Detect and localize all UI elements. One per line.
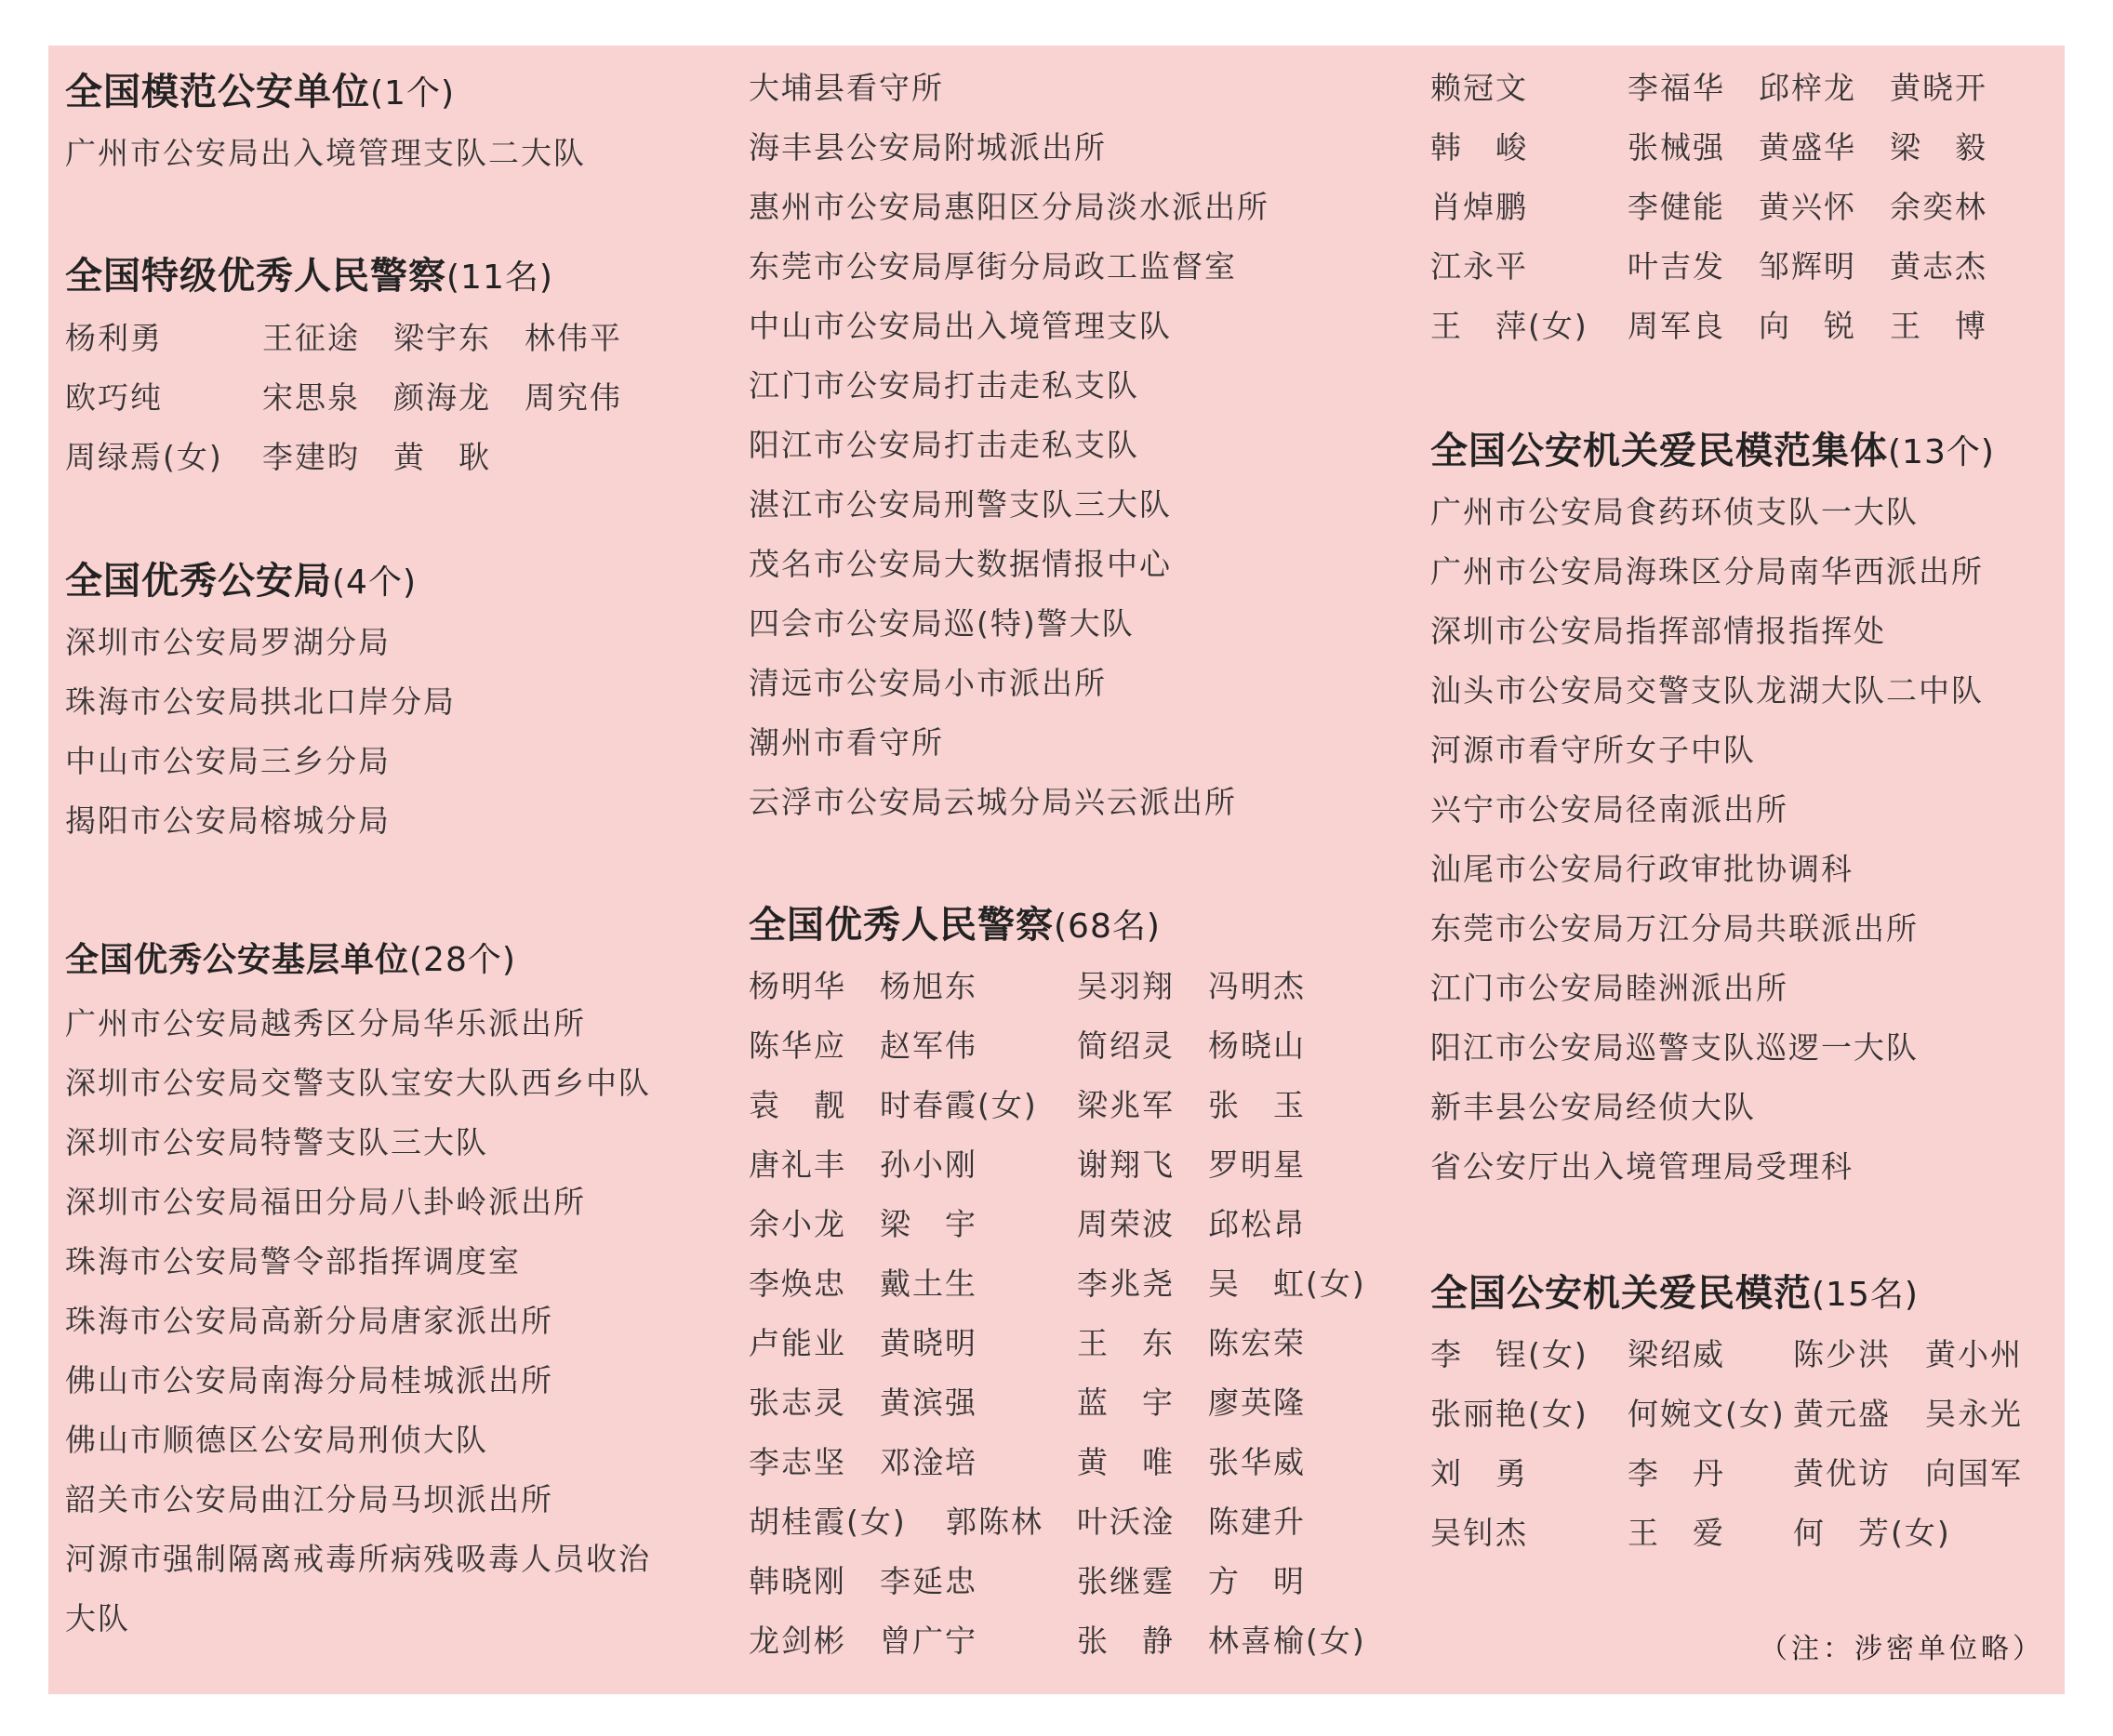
section-heading-model-collective: 全国公安机关爱民模范集体(13个) <box>1430 429 1995 475</box>
list-item: 湛江市公安局刑警支队三大队 <box>749 484 1172 525</box>
list-item: 深圳市公安局指挥部情报指挥处 <box>1430 611 1886 652</box>
list-item: 潮州市看守所 <box>749 722 944 763</box>
list-item: 广州市公安局出入境管理支队二大队 <box>65 133 586 174</box>
list-item: 茂名市公安局大数据情报中心 <box>749 544 1172 585</box>
list-item: 大队 <box>65 1598 130 1639</box>
award-list-panel: 全国模范公安单位(1个) 广州市公安局出入境管理支队二大队 全国特级优秀人民警察… <box>48 46 2065 1694</box>
list-item: 江门市公安局睦洲派出所 <box>1430 968 1788 1009</box>
section-heading-special-police: 全国特级优秀人民警察(11名) <box>65 254 553 300</box>
list-item: 清远市公安局小市派出所 <box>749 663 1107 704</box>
list-item: 新丰县公安局经侦大队 <box>1430 1087 1756 1128</box>
list-item: 深圳市公安局罗湖分局 <box>65 622 391 663</box>
list-item: 河源市强制隔离戒毒所病残吸毒人员收治 <box>65 1539 651 1580</box>
list-item: 深圳市公安局交警支队宝安大队西乡中队 <box>65 1063 651 1104</box>
list-item: 广州市公安局海珠区分局南华西派出所 <box>1430 551 1984 592</box>
list-item: 中山市公安局出入境管理支队 <box>749 306 1172 347</box>
section-heading-excellent-police: 全国优秀人民警察(68名) <box>749 903 1161 949</box>
list-item: 云浮市公安局云城分局兴云派出所 <box>749 782 1237 823</box>
list-item: 大埔县看守所 <box>749 68 944 109</box>
list-item: 东莞市公安局万江分局共联派出所 <box>1430 908 1919 949</box>
list-item: 珠海市公安局警令部指挥调度室 <box>65 1241 521 1282</box>
list-item: 佛山市公安局南海分局桂城派出所 <box>65 1360 553 1401</box>
list-item: 兴宁市公安局径南派出所 <box>1430 789 1788 830</box>
list-item: 河源市看守所女子中队 <box>1430 730 1756 771</box>
list-item: 深圳市公安局特警支队三大队 <box>65 1122 488 1163</box>
section-heading-model-individual: 全国公安机关爱民模范(15名) <box>1430 1271 1919 1318</box>
section-heading-model-unit: 全国模范公安单位(1个) <box>65 70 455 116</box>
list-item: 揭阳市公安局榕城分局 <box>65 801 391 841</box>
list-item: 惠州市公安局惠阳区分局淡水派出所 <box>749 187 1269 228</box>
list-item: 珠海市公安局拱北口岸分局 <box>65 682 456 722</box>
list-item: 阳江市公安局巡警支队巡逻一大队 <box>1430 1027 1919 1068</box>
section-heading-excellent-bureau: 全国优秀公安局(4个) <box>65 559 417 605</box>
list-item: 广州市公安局越秀区分局华乐派出所 <box>65 1003 586 1044</box>
list-item: 韶关市公安局曲江分局马坝派出所 <box>65 1479 553 1520</box>
list-item: 四会市公安局巡(特)警大队 <box>749 603 1135 644</box>
list-item: 海丰县公安局附城派出所 <box>749 127 1107 168</box>
list-item: 阳江市公安局打击走私支队 <box>749 425 1139 466</box>
list-item: 珠海市公安局高新分局唐家派出所 <box>65 1301 553 1342</box>
list-item: 中山市公安局三乡分局 <box>65 741 391 782</box>
list-item: 深圳市公安局福田分局八卦岭派出所 <box>65 1182 586 1223</box>
list-item: 汕尾市公安局行政审批协调科 <box>1430 849 1854 890</box>
section-heading-grassroots-units: 全国优秀公安基层单位(28个) <box>65 938 516 983</box>
list-item: 省公安厅出入境管理局受理科 <box>1430 1146 1854 1187</box>
footnote: （注：涉密单位略） <box>1760 1625 2044 1666</box>
list-item: 江门市公安局打击走私支队 <box>749 365 1139 406</box>
list-item: 广州市公安局食药环侦支队一大队 <box>1430 492 1919 533</box>
list-item: 汕头市公安局交警支队龙湖大队二中队 <box>1430 670 1984 711</box>
list-item: 佛山市顺德区公安局刑侦大队 <box>65 1420 488 1461</box>
list-item: 东莞市公安局厚街分局政工监督室 <box>749 246 1237 287</box>
